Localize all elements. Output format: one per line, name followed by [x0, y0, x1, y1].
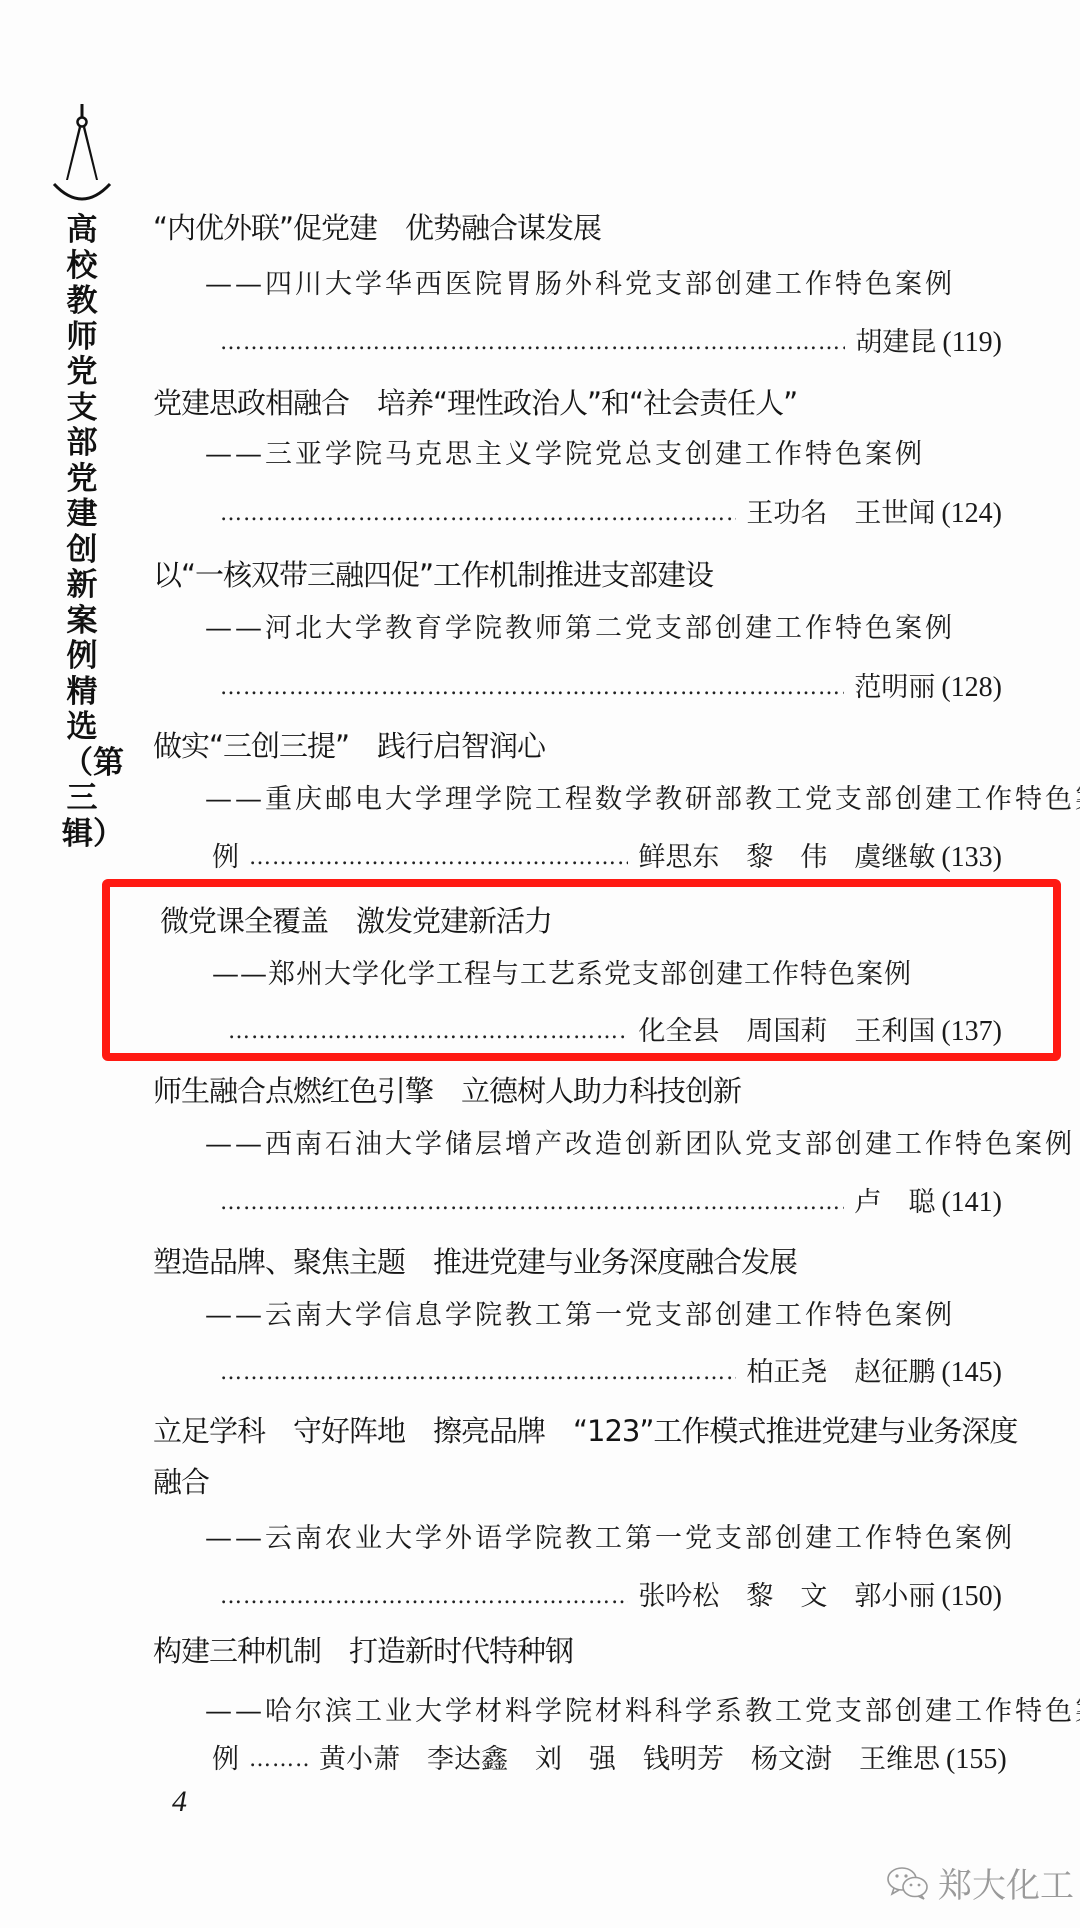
entry-page: (145): [941, 1355, 1002, 1391]
entry-title: “内优外联”促党建 优势融合谋发展: [153, 210, 601, 246]
subtitle-continuation: 例: [212, 1742, 239, 1778]
leader-dots: [220, 1579, 628, 1615]
entry-authors: 化全县 周国莉 王利国: [638, 1014, 935, 1050]
leader-dots: [220, 1355, 736, 1391]
entry-authors: 王功名 王世闻: [746, 496, 935, 532]
entry-title: 党建思政相融合 培养“理性政治人”和“社会责任人”: [153, 385, 797, 421]
entry-authors: 柏正尧 赵征鹏: [746, 1355, 935, 1391]
leader-dots: [249, 1742, 309, 1778]
entry-subtitle: ——三亚学院马克思主义学院党总支创建工作特色案例: [205, 437, 925, 473]
entry-page: (128): [941, 670, 1002, 706]
entry-title: 做实“三创三提” 践行启智润心: [153, 728, 545, 764]
entry-title: 塑造品牌、聚焦主题 推进党建与业务深度融合发展: [153, 1244, 797, 1280]
entry-subtitle: ——重庆邮电大学理学院工程数学教研部教工党支部创建工作特色案: [205, 782, 1080, 818]
entry-page: (133): [941, 840, 1002, 876]
entry-title-continuation: 融合: [153, 1464, 209, 1500]
entry-title: 立足学科 守好阵地 擦亮品牌 “123”工作模式推进党建与业务深度: [153, 1413, 1017, 1449]
leader-dots: [220, 325, 845, 361]
entry-subtitle: ——哈尔滨工业大学材料学院材料科学系教工党支部创建工作特色案: [205, 1694, 1080, 1730]
entry-subtitle: ——郑州大学化学工程与工艺系党支部创建工作特色案例: [212, 957, 912, 993]
entry-page: (124): [941, 496, 1002, 532]
leader-dots: [228, 1014, 628, 1050]
entry-subtitle: ——云南大学信息学院教工第一党支部创建工作特色案例: [205, 1298, 955, 1334]
entry-authors: 张吟松 黎 文 郭小丽: [638, 1579, 935, 1615]
entry-title: 微党课全覆盖 激发党建新活力: [160, 903, 552, 939]
entry-subtitle: ——四川大学华西医院胃肠外科党支部创建工作特色案例: [205, 267, 955, 303]
entry-authors: 鲜思东 黎 伟 虞继敏: [638, 840, 935, 876]
entry-authors: 卢 聪: [854, 1185, 935, 1221]
leader-dots: [220, 1185, 844, 1221]
entry-authors: 范明丽: [854, 670, 935, 706]
entry-title: 构建三种机制 打造新时代特种钢: [153, 1633, 573, 1669]
entry-authors: 黄小萧 李达鑫 刘 强 钱明芳 杨文澍 王维思: [319, 1742, 940, 1778]
entry-subtitle: ——西南石油大学储层增产改造创新团队党支部创建工作特色案例: [205, 1127, 1075, 1163]
page-number: 4: [172, 1785, 187, 1819]
entry-page: (141): [941, 1185, 1002, 1221]
leader-dots: [220, 496, 736, 532]
entry-page: (150): [941, 1579, 1002, 1615]
entry-subtitle: ——河北大学教育学院教师第二党支部创建工作特色案例: [205, 611, 955, 647]
leader-dots: [249, 840, 628, 876]
spine-title: 高校教师党支部党建创新案例精选（第三辑）: [62, 213, 102, 852]
compass-icon: [50, 102, 114, 206]
entry-page: (155): [946, 1742, 1007, 1778]
entry-page: (137): [941, 1014, 1002, 1050]
entry-title: 师生融合点燃红色引擎 立德树人助力科技创新: [153, 1073, 741, 1109]
entry-subtitle: ——云南农业大学外语学院教工第一党支部创建工作特色案例: [205, 1521, 1015, 1557]
watermark: 郑大化工: [886, 1858, 1074, 1907]
subtitle-continuation: 例: [212, 840, 239, 876]
entry-authors: 胡建昆: [855, 325, 936, 361]
wechat-icon: [886, 1865, 930, 1901]
entry-page: (119): [942, 325, 1002, 361]
entry-title: 以“一核双带三融四促”工作机制推进支部建设: [153, 557, 713, 593]
watermark-label: 郑大化工: [938, 1858, 1074, 1907]
leader-dots: [220, 670, 844, 706]
